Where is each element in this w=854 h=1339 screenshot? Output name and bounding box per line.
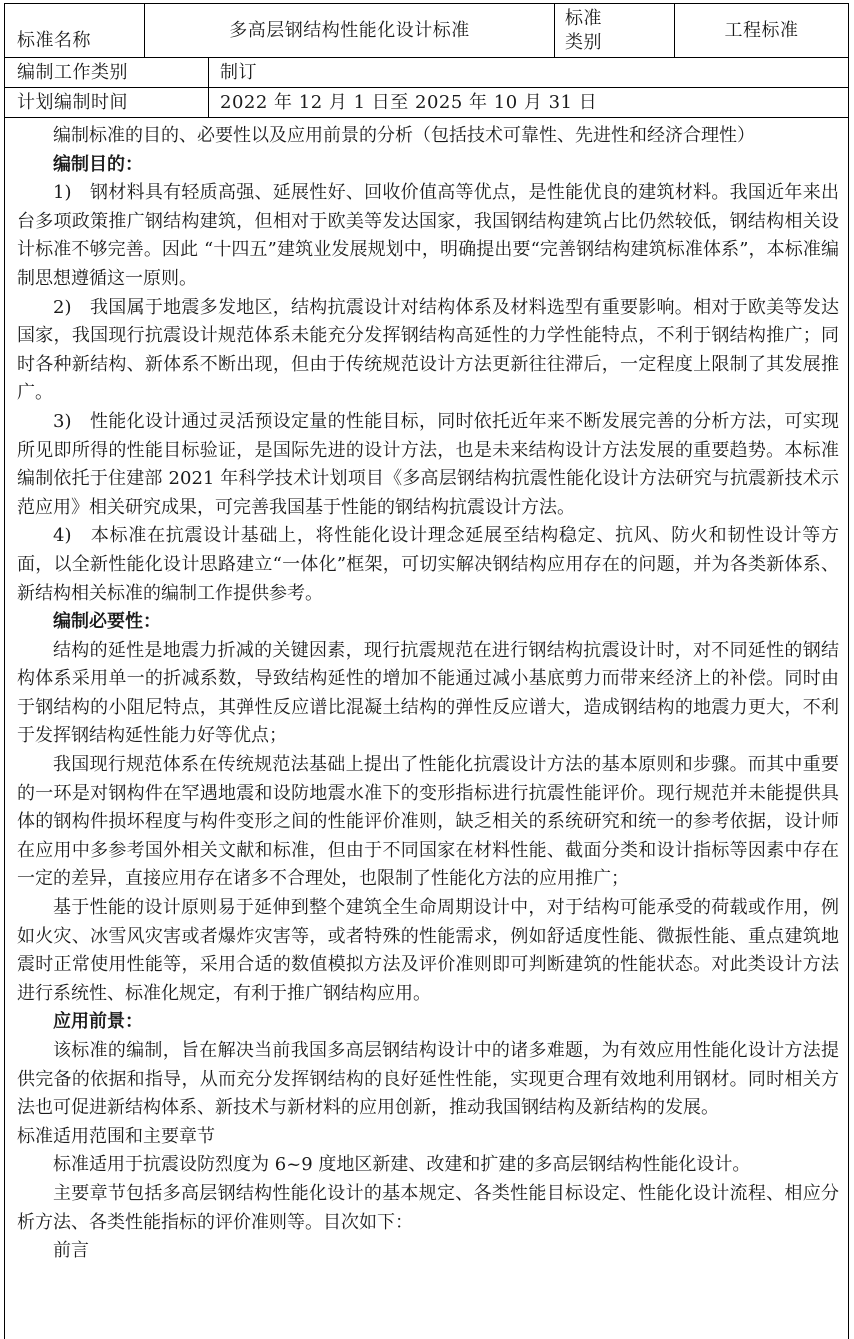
schedule-label: 计划编制时间 bbox=[5, 88, 208, 117]
purpose-item-3: 3) 性能化设计通过灵活预设定量的性能目标，同时依托近年来不断发展完善的分析方法… bbox=[17, 408, 839, 522]
purpose-item-1: 1) 钢材料具有轻质高强、延展性好、回收价值高等优点，是性能优良的建筑材料。我国… bbox=[17, 179, 839, 293]
necessity-paragraph-2: 我国现行规范体系在传统规范法基础上提出了性能化抗震设计方法的基本原则和步骤。而其… bbox=[17, 751, 839, 894]
necessity-paragraph-1: 结构的延性是地震力折减的关键因素，现行抗震规范在进行钢结构抗震设计时，对不同延性… bbox=[17, 637, 839, 751]
analysis-section: 编制标准的目的、必要性以及应用前景的分析（包括技术可靠性、先进性和经济合理性） … bbox=[5, 118, 848, 1339]
prospect-heading: 应用前景： bbox=[17, 1008, 839, 1037]
standard-name-value: 多高层钢结构性能化设计标准 bbox=[144, 4, 554, 57]
necessity-heading: 编制必要性： bbox=[17, 608, 839, 637]
standard-type-value: 工程标准 bbox=[674, 4, 848, 57]
work-type-row: 编制工作类别 制订 bbox=[5, 58, 848, 88]
necessity-paragraph-3: 基于性能的设计原则易于延伸到整个建筑全生命周期设计中，对于结构可能承受的荷载或作… bbox=[17, 894, 839, 1008]
standard-type-label-line2: 类别 bbox=[565, 31, 602, 55]
standard-type-label-line1: 标准 bbox=[565, 7, 602, 31]
standard-name-label: 标准名称 bbox=[5, 4, 144, 57]
schedule-row: 计划编制时间 2022 年 12 月 1 日至 2025 年 10 月 31 日 bbox=[5, 88, 848, 118]
work-type-value: 制订 bbox=[208, 58, 848, 87]
purpose-item-2: 2) 我国属于地震多发地区，结构抗震设计对结构体系及材料选型有重要影响。相对于欧… bbox=[17, 294, 839, 408]
scope-heading: 标准适用范围和主要章节 bbox=[17, 1123, 839, 1152]
standard-proposal-form: 标准名称 多高层钢结构性能化设计标准 标准 类别 工程标准 编制工作类别 制订 … bbox=[4, 3, 849, 1339]
work-type-label: 编制工作类别 bbox=[5, 58, 208, 87]
standard-type-label: 标准 类别 bbox=[554, 4, 674, 57]
standard-name-row: 标准名称 多高层钢结构性能化设计标准 标准 类别 工程标准 bbox=[5, 4, 848, 58]
section-intro: 编制标准的目的、必要性以及应用前景的分析（包括技术可靠性、先进性和经济合理性） bbox=[17, 122, 839, 151]
toc-item-preface: 前言 bbox=[17, 1237, 839, 1266]
chapters-paragraph: 主要章节包括多高层钢结构性能化设计的基本规定、各类性能目标设定、性能化设计流程、… bbox=[17, 1180, 839, 1237]
purpose-item-4: 4) 本标准在抗震设计基础上，将性能化设计理念延展至结构稳定、抗风、防火和韧性设… bbox=[17, 522, 839, 608]
scope-paragraph: 标准适用于抗震设防烈度为 6~9 度地区新建、改建和扩建的多高层钢结构性能化设计… bbox=[17, 1151, 839, 1180]
schedule-value: 2022 年 12 月 1 日至 2025 年 10 月 31 日 bbox=[208, 88, 848, 117]
purpose-heading: 编制目的： bbox=[17, 151, 839, 180]
prospect-paragraph: 该标准的编制，旨在解决当前我国多高层钢结构设计中的诸多难题，为有效应用性能化设计… bbox=[17, 1037, 839, 1123]
